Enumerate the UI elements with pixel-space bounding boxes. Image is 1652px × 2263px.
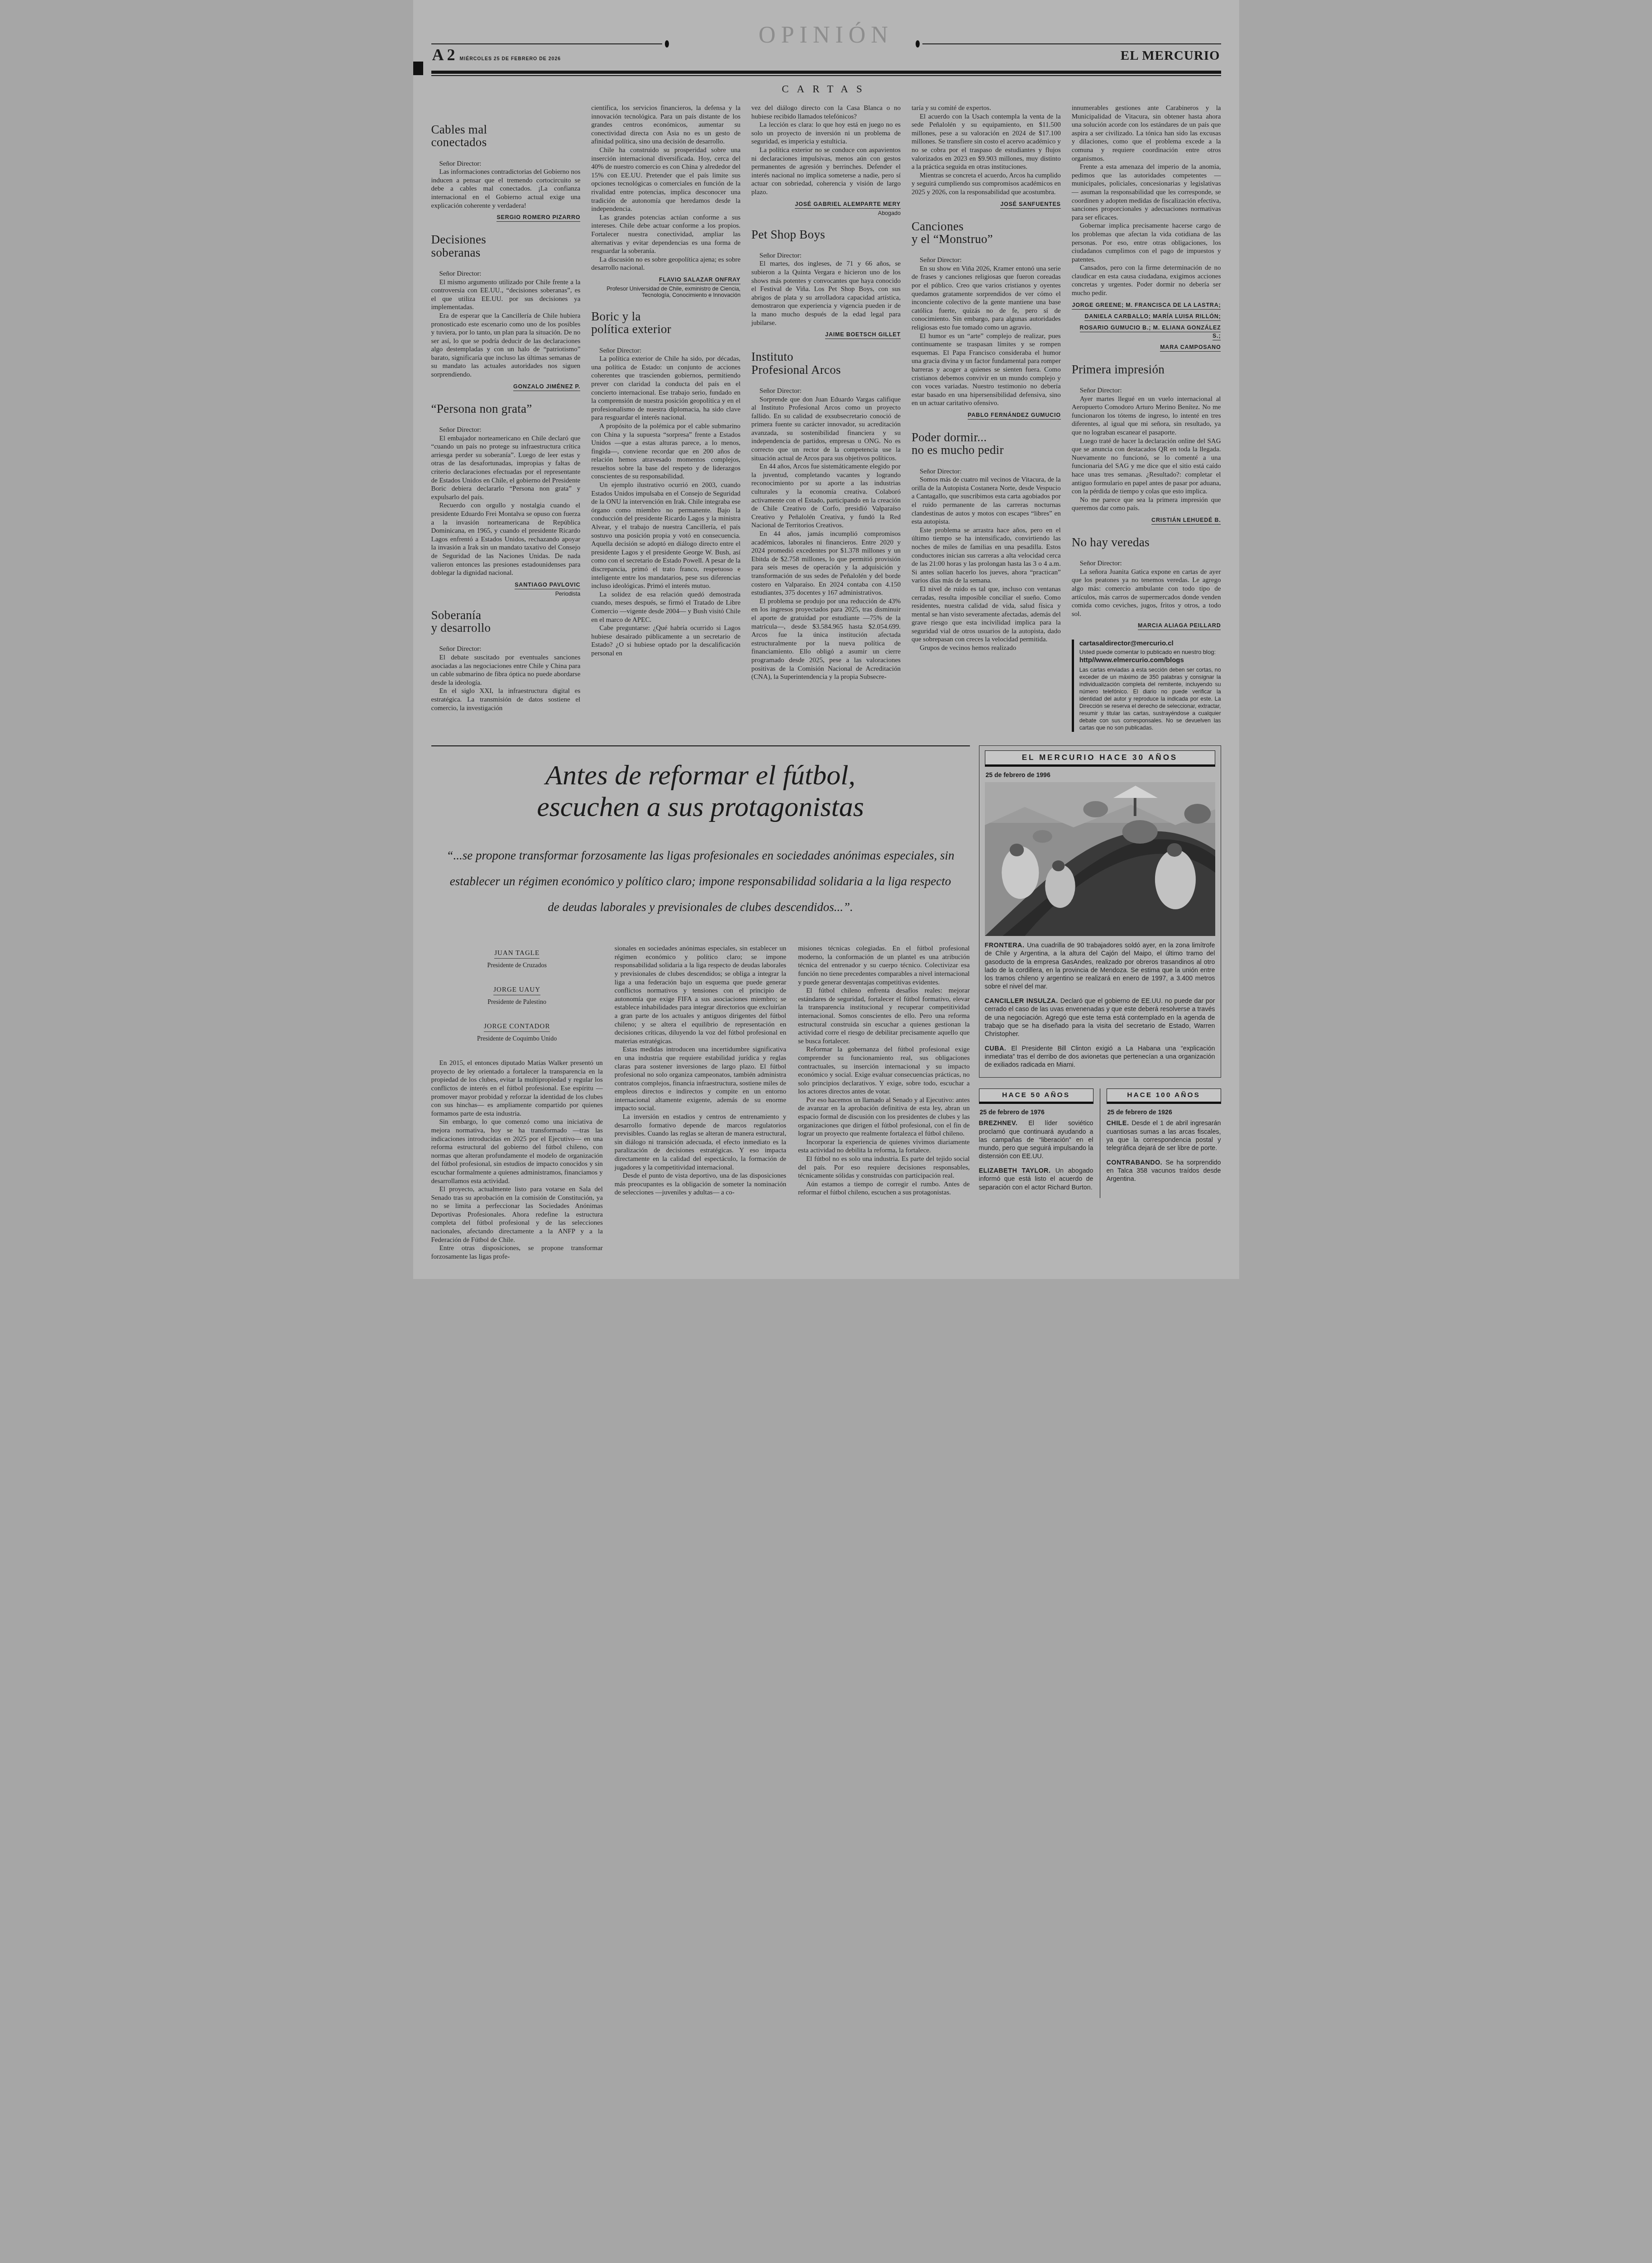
signature-name: ROSARIO GUMUCIO B.; M. ELIANA GONZÁLEZ S… (1080, 325, 1221, 340)
hace-100-box: HACE 100 AÑOS 25 de febrero de 1926 CHIL… (1100, 1089, 1221, 1198)
feature-column-2: sionales en sociedades anónimas especial… (615, 945, 786, 1197)
letters-column-2: científica, los servicios financieros, l… (591, 104, 740, 658)
feature-column-3: misiones técnicas colegiadas. En el fútb… (798, 945, 969, 1197)
letter-headline: Decisiones soberanas (431, 233, 581, 259)
letter-paragraph: Señor Director: (431, 426, 581, 434)
signature-role: Periodista (431, 591, 581, 597)
signature-name: JAIME BOETSCH GILLET (825, 331, 901, 339)
signature: JOSÉ SANFUENTES (912, 200, 1061, 208)
letter-paragraph: Este problema se arrastra hace años, per… (912, 526, 1061, 585)
page-date: MIÉRCOLES 25 DE FEBRERO DE 2026 (460, 56, 561, 62)
letter-paragraph: Mientras se concreta el acuerdo, Arcos h… (912, 172, 1061, 197)
letter-paragraph: El debate suscitado por eventuales sanci… (431, 654, 581, 687)
letter-headline: Canciones y el “Monstruo” (912, 220, 1061, 246)
letter-paragraph: No me parece que sea la primera impresió… (1072, 496, 1221, 513)
letter-paragraph: Chile ha construido su prosperidad sobre… (591, 146, 740, 214)
signature: JAIME BOETSCH GILLET (751, 330, 901, 339)
hace-50-items: BREZHNEV. El líder soviético proclamó qu… (979, 1119, 1093, 1191)
newspaper-page: OPINIÓN A 2MIÉRCOLES 25 DE FEBRERO DE 20… (413, 0, 1239, 1279)
letter-headline: No hay veredas (1072, 536, 1221, 549)
signature: JOSÉ GABRIEL ALEMPARTE MERY (751, 200, 901, 208)
letter-paragraph: Sin embargo, lo que comenzó como una ini… (431, 1118, 603, 1185)
feature-signatures: JUAN TAGLEPresidente de CruzadosJORGE UA… (431, 949, 603, 1043)
hace-30-date: 25 de febrero de 1996 (986, 771, 1214, 778)
letters-column-5-blocks: innumerables gestiones ante Carabineros … (1072, 104, 1221, 630)
letter-paragraph: Las informaciones contradictorias del Go… (431, 168, 581, 210)
letter-paragraph: sionales en sociedades anónimas especial… (615, 945, 786, 1046)
letter-paragraph: Señor Director: (912, 468, 1061, 476)
archive-photo (985, 782, 1215, 936)
letter-paragraph: Señor Director: (1072, 559, 1221, 568)
letter-paragraph: Sorprende que don Juan Eduardo Vargas ca… (751, 396, 901, 463)
letter-paragraph: Señor Director: (591, 347, 740, 355)
letters-column-5: innumerables gestiones ante Carabineros … (1072, 104, 1221, 732)
letter-paragraph: científica, los servicios financieros, l… (591, 104, 740, 146)
signature: SERGIO ROMERO PIZARRO (431, 213, 581, 221)
signature-name: JOSÉ SANFUENTES (1000, 201, 1061, 209)
letter-headline: Cables mal conectados (431, 123, 581, 149)
letter-paragraph: Señor Director: (1072, 387, 1221, 395)
hace-50-title: HACE 50 AÑOS (979, 1089, 1093, 1104)
letter-paragraph: Reformar la gobernanza del fútbol profes… (798, 1046, 969, 1096)
letter-paragraph: La lección es clara: lo que hoy está en … (751, 121, 901, 146)
feature-signature-name: JORGE CONTADOR (484, 1023, 550, 1032)
letter-paragraph: Recuerdo con orgullo y nostalgia cuando … (431, 501, 581, 577)
letter-paragraph: Señor Director: (431, 645, 581, 654)
letter-paragraph: En su show en Viña 2026, Kramer entonó u… (912, 265, 1061, 332)
signature-role: Profesor Universidad de Chile, exministr… (591, 286, 740, 298)
letter-paragraph: Señor Director: (912, 256, 1061, 265)
signature: DANIELA CARBALLO; MARÍA LUISA RILLÓN; (1072, 312, 1221, 320)
letter-paragraph: A propósito de la polémica por el cable … (591, 422, 740, 481)
page-number: A 2 (432, 46, 455, 64)
feature-column-1-blocks: En 2015, el entonces diputado Matías Wal… (431, 1059, 603, 1261)
letter-paragraph: Por eso hacemos un llamado al Senado y a… (798, 1096, 969, 1138)
signature: JORGE GREENE; M. FRANCISCA DE LA LASTRA; (1072, 301, 1221, 309)
letter-headline: “Persona non grata” (431, 402, 581, 415)
archive-item: BREZHNEV. El líder soviético proclamó qu… (979, 1119, 1093, 1160)
archive-item-lead: CONTRABANDO. (1107, 1159, 1166, 1166)
subsection-title: CARTAS (413, 83, 1239, 95)
signature-name: SANTIAGO PAVLOVIC (515, 582, 580, 589)
letter-paragraph: Gobernar implica precisamente hacerse ca… (1072, 222, 1221, 264)
signature: MARA CAMPOSANO (1072, 343, 1221, 351)
hace-30-title: EL MERCURIO HACE 30 AÑOS (985, 750, 1215, 767)
signature: MARCIA ALIAGA PEILLARD (1072, 621, 1221, 630)
contact-box: cartasaldirector@mercurio.cl Usted puede… (1072, 640, 1221, 732)
letter-headline: Poder dormir... no es mucho pedir (912, 431, 1061, 457)
feature-signature-name: JUAN TAGLE (494, 950, 540, 959)
letter-paragraph: El proyecto, actualmente listo para vota… (431, 1185, 603, 1244)
letter-paragraph: Ayer martes llegué en un vuelo internaci… (1072, 395, 1221, 437)
letter-paragraph: El problema se produjo por una reducción… (751, 597, 901, 682)
letter-headline: Boric y la política exterior (591, 310, 740, 336)
letter-paragraph: taría y su comité de expertos. (912, 104, 1061, 113)
signature-name: DANIELA CARBALLO; MARÍA LUISA RILLÓN; (1084, 313, 1221, 321)
letter-paragraph: El embajador norteamericano en Chile dec… (431, 434, 581, 502)
archive-item: CUBA. El Presidente Bill Clinton exigió … (985, 1045, 1215, 1069)
archive-item-lead: FRONTERA. (985, 942, 1027, 949)
hace-100-date: 25 de febrero de 1926 (1108, 1108, 1220, 1116)
signature-name: JORGE GREENE; M. FRANCISCA DE LA LASTRA; (1072, 302, 1221, 310)
letter-paragraph: El mismo argumento utilizado por Chile f… (431, 278, 581, 312)
signature: SANTIAGO PAVLOVIC (431, 581, 581, 589)
letter-headline: Primera impresión (1072, 363, 1221, 376)
letter-paragraph: Grupos de vecinos hemos realizado (912, 644, 1061, 653)
archive-item: CHILE. Desde el 1 de abril ingresarán cu… (1107, 1119, 1221, 1152)
letter-paragraph: Somos más de cuatro mil vecinos de Vitac… (912, 476, 1061, 526)
contact-disclaimer: Las cartas enviadas a esta sección deben… (1079, 667, 1221, 732)
signature-name: MARCIA ALIAGA PEILLARD (1138, 622, 1221, 630)
page-corner-mark (413, 62, 423, 75)
archive-item-lead: ELIZABETH TAYLOR. (979, 1167, 1055, 1174)
letter-paragraph: Señor Director: (431, 270, 581, 278)
letter-paragraph: Señor Director: (751, 387, 901, 396)
letter-paragraph: innumerables gestiones ante Carabineros … (1072, 104, 1221, 163)
letter-paragraph: La política exterior no se conduce con a… (751, 146, 901, 197)
archive-item: CONTRABANDO. Se ha sorprendido en Talca … (1107, 1159, 1221, 1183)
letter-paragraph: En 44 años, Arcos fue sistemáticamente e… (751, 463, 901, 530)
letter-paragraph: Las grandes potencias actúan conforme a … (591, 214, 740, 256)
letter-paragraph: En 44 años, jamás incumplió compromisos … (751, 530, 901, 597)
letter-paragraph: Un ejemplo ilustrativo ocurrió en 2003, … (591, 481, 740, 591)
letter-headline: Pet Shop Boys (751, 228, 901, 241)
signature-name: PABLO FERNÁNDEZ GUMUCIO (968, 412, 1061, 420)
letters-columns: Cables mal conectadosSeñor Director:Las … (413, 104, 1239, 732)
header-dot-right (916, 40, 920, 48)
letter-paragraph: El fútbol chileno enfrenta desafíos real… (798, 987, 969, 1046)
letter-paragraph: Frente a esta amenaza del imperio de la … (1072, 163, 1221, 222)
letters-column-4: taría y su comité de expertos.El acuerdo… (912, 104, 1061, 653)
letter-paragraph: La solidez de esa relación quedó demostr… (591, 591, 740, 624)
archive-sidebar: EL MERCURIO HACE 30 AÑOS 25 de febrero d… (979, 745, 1221, 1261)
feature-column-1: JUAN TAGLEPresidente de CruzadosJORGE UA… (431, 945, 603, 1261)
signature-name: MARA CAMPOSANO (1160, 344, 1221, 352)
signature: CRISTIÁN LEHUEDÉ B. (1072, 516, 1221, 524)
feature-signature: JORGE UAUYPresidente de Palestino (431, 986, 603, 1006)
feature-signature-name: JORGE UAUY (493, 986, 540, 995)
letter-paragraph: Aún estamos a tiempo de corregir el rumb… (798, 1180, 969, 1197)
page-header: OPINIÓN A 2MIÉRCOLES 25 DE FEBRERO DE 20… (431, 0, 1221, 68)
signature-name: JOSÉ GABRIEL ALEMPARTE MERY (795, 201, 900, 209)
letter-paragraph: La política exterior de Chile ha sido, p… (591, 355, 740, 422)
signature: GONZALO JIMÉNEZ P. (431, 382, 581, 391)
letter-paragraph: Señor Director: (751, 252, 901, 260)
hace-100-items: CHILE. Desde el 1 de abril ingresarán cu… (1107, 1119, 1221, 1183)
letter-paragraph: En el siglo XXI, la infraestructura digi… (431, 687, 581, 712)
letter-paragraph: vez del diálogo directo con la Casa Blan… (751, 104, 901, 121)
masthead: EL MERCURIO (1121, 48, 1220, 63)
letter-paragraph: Era de esperar que la Cancillería de Chi… (431, 312, 581, 379)
letter-paragraph: La discusión no es sobre geopolítica aje… (591, 256, 740, 272)
contact-blog-url: http//www.elmercurio.com/blogs (1079, 656, 1221, 664)
feature-signature-role: Presidente de Coquimbo Unido (431, 1036, 603, 1043)
letter-paragraph: Luego traté de hacer la declaración onli… (1072, 437, 1221, 496)
signature-name: FLAVIO SALAZAR ONFRAY (659, 277, 740, 284)
signature: FLAVIO SALAZAR ONFRAY (591, 276, 740, 284)
archive-item-lead: BREZHNEV. (979, 1120, 1029, 1127)
archive-item: CANCILLER INSULZA. Declaró que el gobier… (985, 997, 1215, 1038)
letter-paragraph: El martes, dos ingleses, de 71 y 66 años… (751, 260, 901, 327)
archive-item-lead: CANCILLER INSULZA. (985, 998, 1060, 1005)
letter-headline: Instituto Profesional Arcos (751, 350, 901, 376)
signature-role: Abogado (751, 210, 901, 216)
feature-headline: Antes de reformar el fútbol, escuchen a … (431, 760, 970, 823)
letter-paragraph: El humor es un “arte” complejo de realiz… (912, 332, 1061, 408)
signature: ROSARIO GUMUCIO B.; M. ELIANA GONZÁLEZ S… (1072, 324, 1221, 340)
letter-paragraph: El acuerdo con la Usach contempla la ven… (912, 113, 1061, 172)
letter-paragraph: El fútbol no es solo una industria. Es p… (798, 1155, 969, 1180)
letter-paragraph: El nivel de ruido es tal que, incluso co… (912, 585, 1061, 644)
contact-email: cartasaldirector@mercurio.cl (1079, 640, 1221, 647)
letter-paragraph: La señora Juanita Gatica expone en carta… (1072, 568, 1221, 619)
letter-paragraph: En 2015, el entonces diputado Matías Wal… (431, 1059, 603, 1118)
letter-paragraph: La inversión en estadios y centros de en… (615, 1113, 786, 1172)
header-rule-right (922, 43, 1221, 44)
signature: PABLO FERNÁNDEZ GUMUCIO (912, 411, 1061, 419)
hace-50-date: 25 de febrero de 1976 (980, 1108, 1093, 1116)
hace-100-title: HACE 100 AÑOS (1107, 1089, 1221, 1104)
feature-signature: JUAN TAGLEPresidente de Cruzados (431, 949, 603, 969)
archive-item: ELIZABETH TAYLOR. Un abogado informó que… (979, 1167, 1093, 1191)
letter-paragraph: Desde el punto de vista deportivo, una d… (615, 1172, 786, 1197)
contact-blog-line: Usted puede comentar lo publicado en nue… (1079, 649, 1221, 655)
feature-signature: JORGE CONTADORPresidente de Coquimbo Uni… (431, 1022, 603, 1043)
letter-paragraph: Estas medidas introducen una incertidumb… (615, 1046, 786, 1113)
hace-50-box: HACE 50 AÑOS 25 de febrero de 1976 BREZH… (979, 1089, 1100, 1198)
archive-item: FRONTERA. Una cuadrilla de 90 trabajador… (985, 941, 1215, 991)
feature-quote: “...se propone transformar forzosamente … (445, 843, 956, 920)
feature-article: Antes de reformar el fútbol, escuchen a … (431, 745, 970, 1261)
feature-signature-role: Presidente de Cruzados (431, 962, 603, 969)
letter-paragraph: misiones técnicas colegiadas. En el fútb… (798, 945, 969, 987)
signature-name: SERGIO ROMERO PIZARRO (497, 214, 580, 222)
archive-item-lead: CUBA. (985, 1045, 1012, 1052)
archive-item-lead: CHILE. (1107, 1120, 1132, 1127)
letter-headline: Soberanía y desarrollo (431, 609, 581, 635)
feature-signature-role: Presidente de Palestino (431, 999, 603, 1006)
letter-paragraph: Cabe preguntarse: ¿Qué habría ocurrido s… (591, 624, 740, 658)
hace-30-items: FRONTERA. Una cuadrilla de 90 trabajador… (985, 941, 1215, 1069)
letter-paragraph: Entre otras disposiciones, se propone tr… (431, 1244, 603, 1261)
section-title: OPINIÓN (431, 22, 1221, 48)
header-double-rule (431, 71, 1221, 76)
hace-50-100-row: HACE 50 AÑOS 25 de febrero de 1976 BREZH… (979, 1089, 1221, 1198)
letter-paragraph: Incorporar la experiencia de quienes viv… (798, 1138, 969, 1155)
signature-name: GONZALO JIMÉNEZ P. (513, 383, 580, 391)
signature-name: CRISTIÁN LEHUEDÉ B. (1151, 517, 1221, 525)
letter-paragraph: Señor Director: (431, 160, 581, 168)
letters-column-3: vez del diálogo directo con la Casa Blan… (751, 104, 901, 682)
letters-column-1: Cables mal conectadosSeñor Director:Las … (431, 104, 581, 712)
hace-30-box: EL MERCURIO HACE 30 AÑOS 25 de febrero d… (979, 745, 1221, 1078)
letter-paragraph: Cansados, pero con la firme determinació… (1072, 264, 1221, 297)
